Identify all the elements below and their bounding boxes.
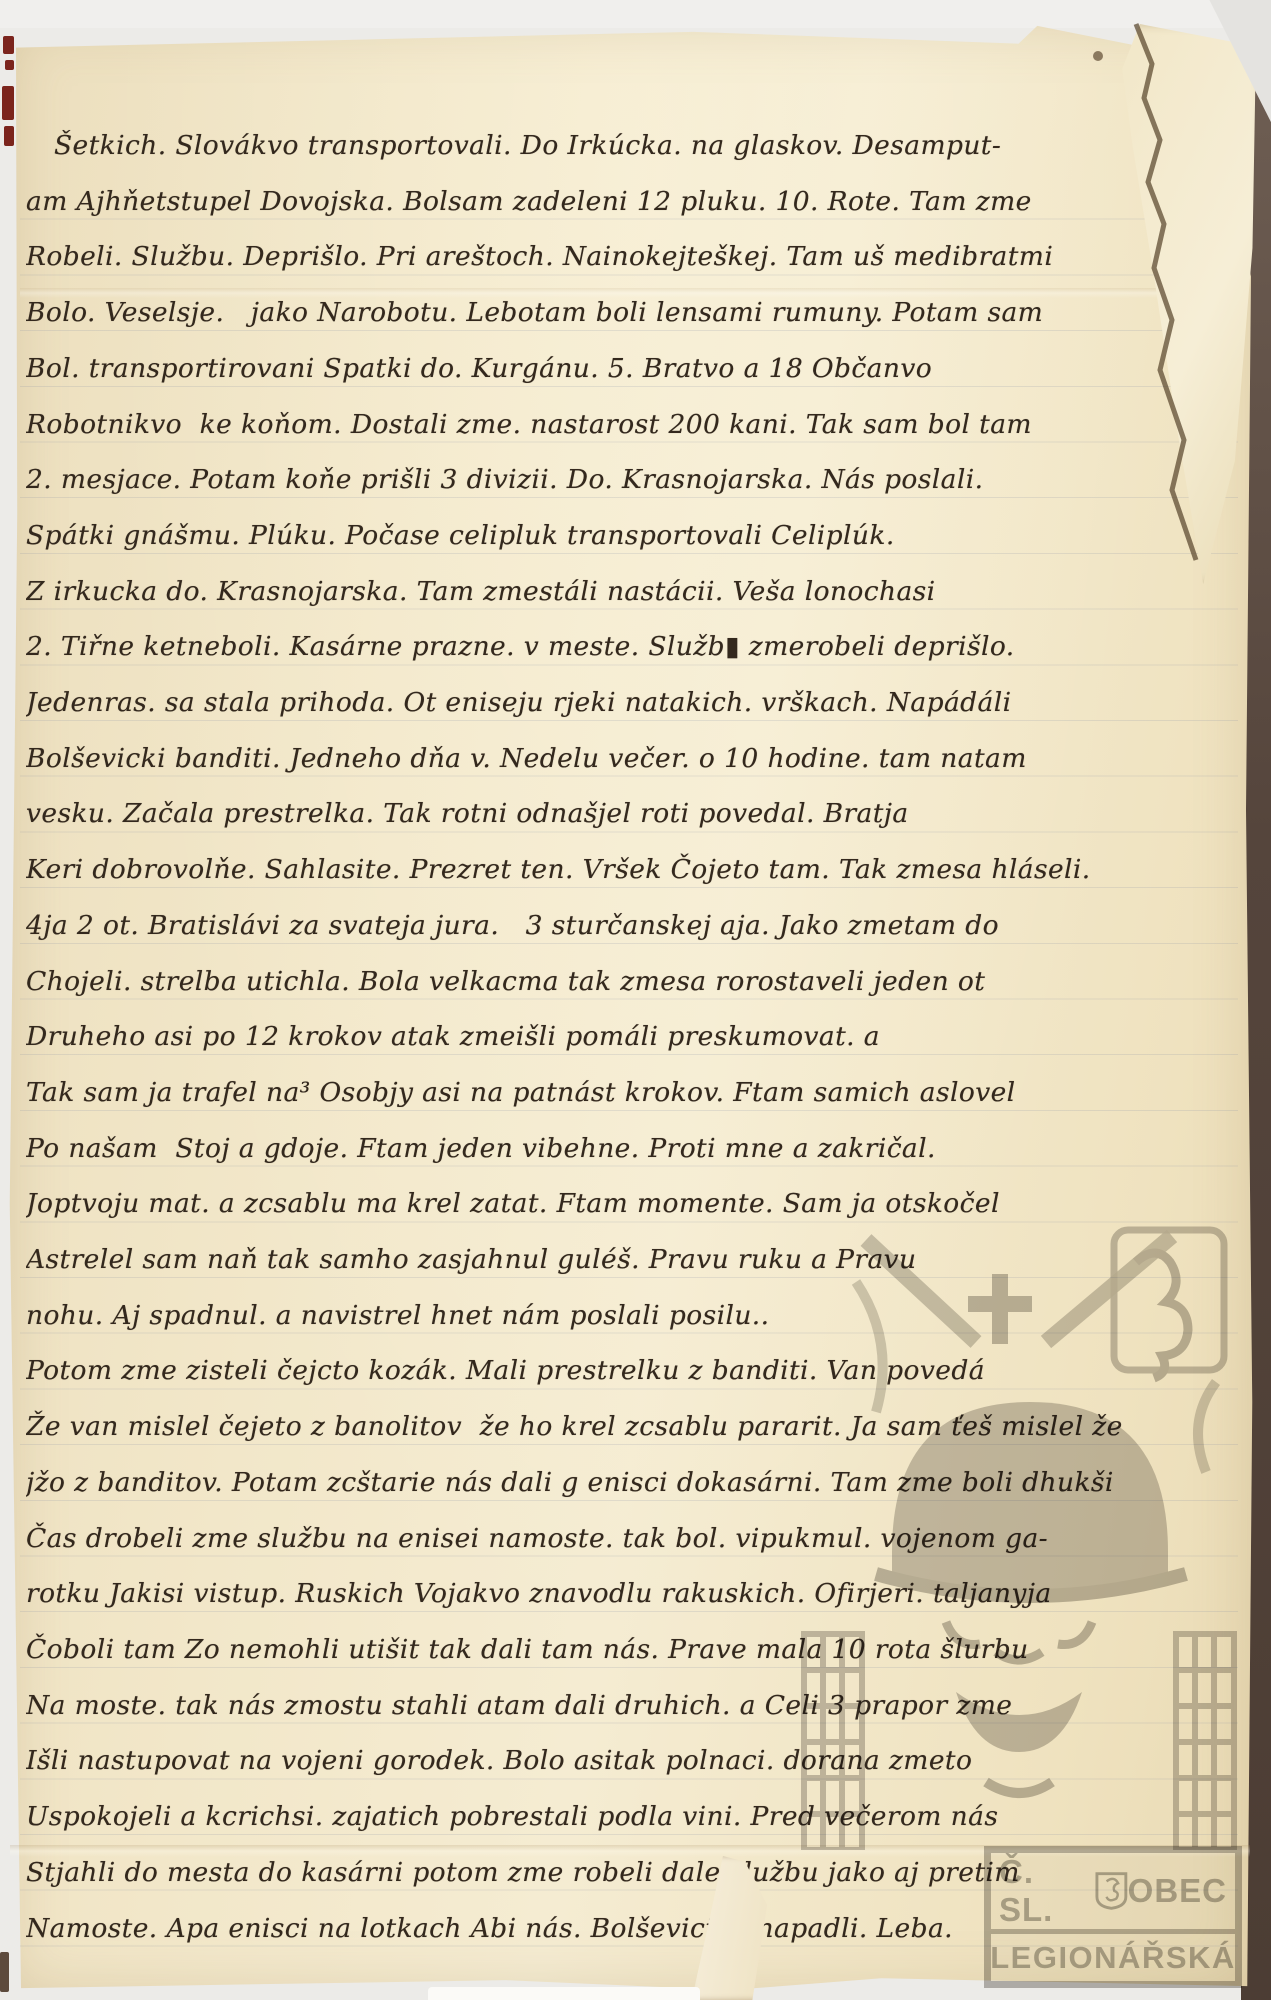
stamp-text-right: OBEC	[1128, 1872, 1227, 1910]
tear-crack	[1060, 20, 1260, 580]
red-edge-mark	[3, 36, 14, 54]
stamp-row-top: Č. SL. OBEC	[991, 1853, 1235, 1934]
stamp-row-bottom: LEGIONÁŘSKÁ	[991, 1934, 1235, 1981]
handwritten-line: 2. Tiřne ketneboli. Kasárne prazne. v me…	[26, 619, 1244, 675]
handwritten-line: Jedenras. sa stala prihoda. Ot eniseju r…	[26, 675, 1244, 731]
handwritten-line: 4ja 2 ot. Bratislávi za svateja jura. 3 …	[26, 898, 1244, 954]
handwritten-line: Bolševicki banditi. Jedneho dňa v. Nedel…	[26, 731, 1244, 787]
scanner-bed-sliver	[428, 1987, 700, 2000]
handwritten-line: Chojeli. strelba utichla. Bola velkacma …	[26, 954, 1244, 1010]
red-edge-mark	[0, 1952, 9, 1992]
handwritten-line: Po našam Stoj a gdoje. Ftam jeden vibehn…	[26, 1121, 1244, 1177]
red-edge-mark	[5, 60, 14, 70]
legion-stamp: Č. SL. OBEC LEGIONÁŘSKÁ	[984, 1846, 1242, 1988]
handwritten-line: vesku. Začala prestrelka. Tak rotni odna…	[26, 786, 1244, 842]
handwritten-line: Tak sam ja trafel na³ Osobjy asi na patn…	[26, 1065, 1244, 1121]
handwritten-line: Druheho asi po 12 krokov atak zmeišli po…	[26, 1009, 1244, 1065]
legionnaire-helmet-watermark	[796, 1222, 1242, 1850]
red-edge-mark	[2, 86, 14, 120]
stamp-text-left: Č. SL.	[999, 1853, 1095, 1929]
lion-shield-icon	[1095, 1871, 1128, 1911]
handwritten-line: Keri dobrovolňe. Sahlasite. Prezret ten.…	[26, 842, 1244, 898]
stamp-text-bottom: LEGIONÁŘSKÁ	[990, 1940, 1236, 1976]
red-edge-mark	[4, 126, 14, 146]
scan-background: { "document": { "kind": "handwritten man…	[0, 0, 1271, 2000]
